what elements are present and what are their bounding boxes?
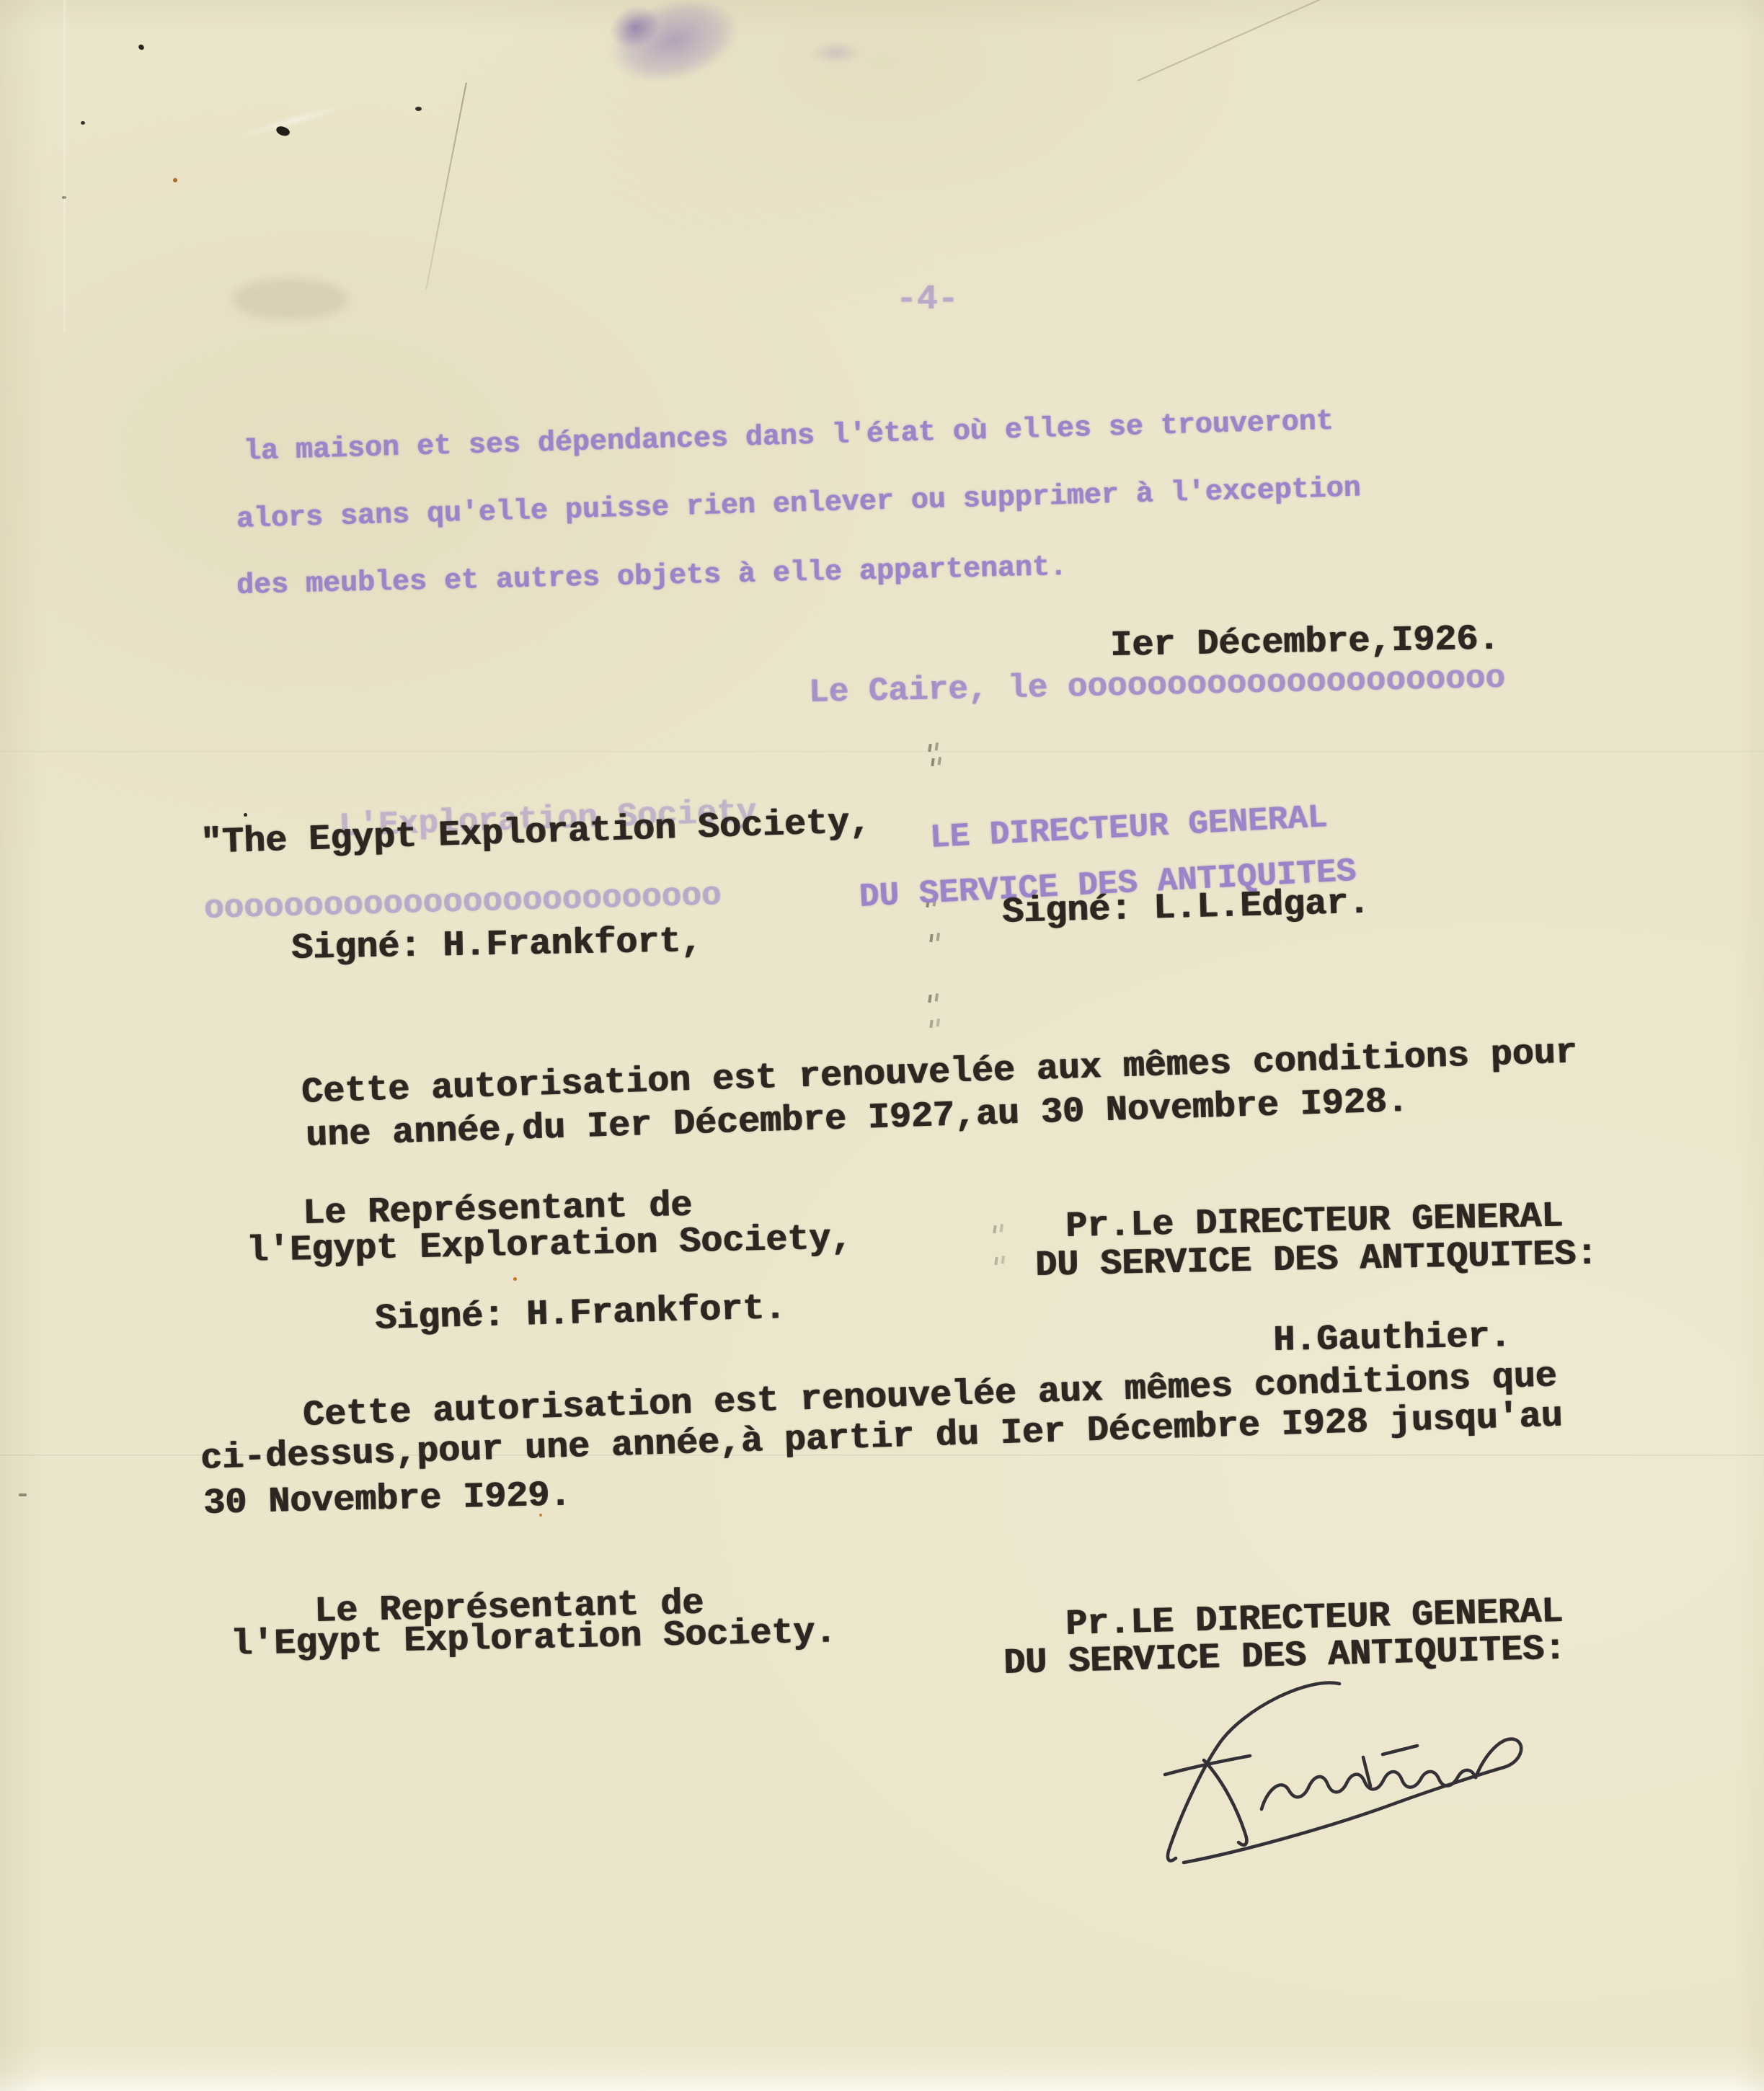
dark-speck bbox=[415, 107, 422, 111]
dark-speck bbox=[138, 43, 146, 51]
typed-tick-mark bbox=[929, 934, 933, 942]
typed-tick-mark bbox=[928, 995, 931, 1003]
fold-crease bbox=[0, 751, 1764, 753]
carbon-paragraph-line: la maison et ses dépendances dans l'état… bbox=[243, 408, 1334, 467]
typed-tick-mark bbox=[993, 1225, 996, 1233]
edge-mark bbox=[19, 1493, 27, 1496]
dark-speck bbox=[62, 196, 66, 199]
carbon-paragraph-line: des meubles et autres objets à elle appa… bbox=[236, 554, 1068, 601]
rust-speck bbox=[513, 1277, 517, 1281]
representative-title-line: l'Egypt Exploration Society, bbox=[246, 1221, 852, 1270]
typed-tick-mark bbox=[931, 758, 934, 766]
typed-tick-mark bbox=[929, 1020, 933, 1028]
rust-speck bbox=[173, 178, 177, 182]
ink-blot bbox=[275, 125, 291, 138]
gray-smudge bbox=[232, 278, 347, 320]
scratch-line-top-right bbox=[1138, 0, 1336, 81]
carbon-dotted-line: oooooooooooooooooooooooooo bbox=[203, 879, 722, 925]
edge-light-line bbox=[63, 0, 66, 332]
representative-title-1928-line: l'Egypt Exploration Society. bbox=[230, 1615, 836, 1664]
director-title-1927-line: DU SERVICE DES ANTIQUITES: bbox=[1034, 1237, 1597, 1284]
frankfort-signature-first: Signé: H.Frankfort, bbox=[291, 924, 703, 967]
scratch-line bbox=[425, 82, 467, 289]
scanned-letter-page: -4- la maison et ses dépendances dans l'… bbox=[0, 0, 1764, 2091]
carbon-director-title-line: LE DIRECTEUR GENERAL bbox=[929, 801, 1329, 855]
edgar-signature: Signé: L.L.Edgar. bbox=[1001, 886, 1370, 931]
gauthier-handwritten-signature: H. Gauthier bbox=[1096, 1665, 1586, 1881]
purple-ink-smudge-core bbox=[593, 0, 677, 66]
paper-crease-highlight bbox=[236, 101, 349, 141]
gauthier-typed-signature: H.Gauthier. bbox=[1273, 1319, 1512, 1359]
carbon-paragraph-line: alors sans qu'elle puisse rien enlever o… bbox=[236, 474, 1361, 535]
purple-ink-smudge bbox=[579, 0, 769, 112]
purple-ink-wisp bbox=[802, 37, 870, 68]
dark-speck bbox=[81, 121, 85, 125]
renewal-1928-paragraph-line: 30 Novembre I929. bbox=[203, 1478, 571, 1522]
page-number: -4- bbox=[896, 283, 958, 317]
date-line: Ier Décembre,I926. bbox=[1110, 622, 1500, 665]
frankfort-signature-1927: Signé: H.Frankfort. bbox=[374, 1291, 786, 1338]
society-line: "The Egypt Exploration Society, bbox=[200, 805, 871, 862]
typed-tick-mark bbox=[994, 1257, 998, 1265]
dark-speck bbox=[244, 813, 247, 817]
place-line: Le Caire, le oooooooooooooooooooooo bbox=[809, 662, 1506, 709]
